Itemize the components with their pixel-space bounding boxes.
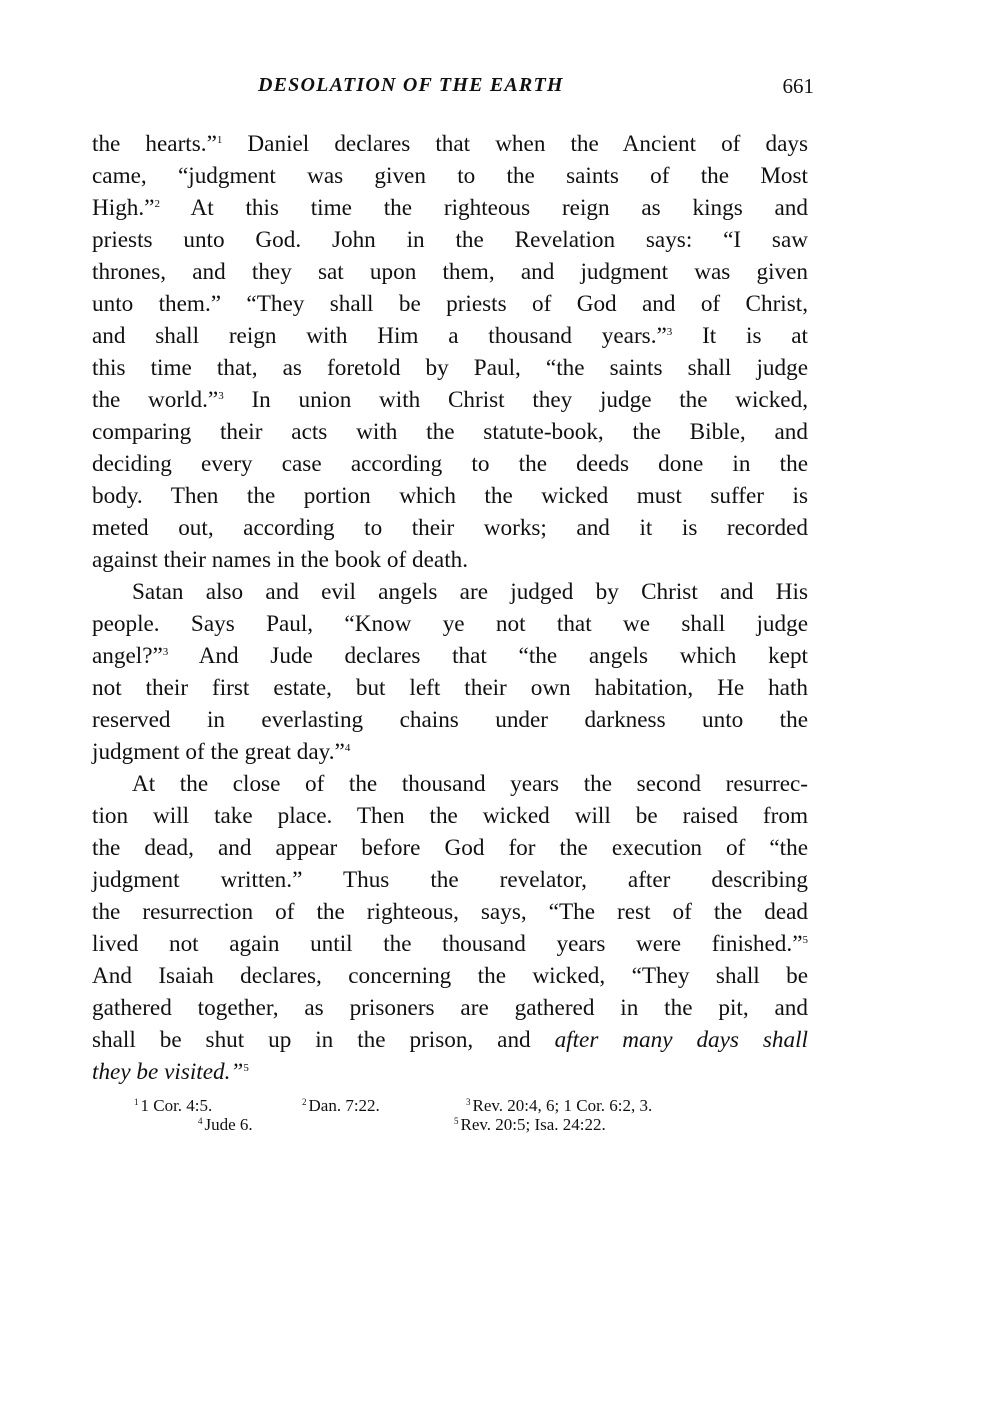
footnote-5: 5Rev. 20:5; Isa. 24:22.: [454, 1115, 606, 1134]
text-line: angel?”3 And Jude declares that “the ang…: [92, 640, 808, 672]
text-line: and shall reign with Him a thousand year…: [92, 320, 808, 352]
text-line: And Isaiah declares, concerning the wick…: [92, 960, 808, 992]
text-line: judgment written.” Thus the revelator, a…: [92, 864, 808, 896]
text-line: Satan also and evil angels are judged by…: [92, 576, 808, 608]
text-line: gathered together, as prisoners are gath…: [92, 992, 808, 1024]
body-text: the hearts.”1 Daniel declares that when …: [92, 128, 808, 1088]
text-line: meted out, according to their works; and…: [92, 512, 808, 544]
text-line: this time that, as foretold by Paul, “th…: [92, 352, 808, 384]
text-line: tion will take place. Then the wicked wi…: [92, 800, 808, 832]
page-number: 661: [783, 74, 815, 99]
paragraph-1: the hearts.”1 Daniel declares that when …: [92, 128, 808, 576]
text-line: the resurrection of the righteous, says,…: [92, 896, 808, 928]
text-line: priests unto God. John in the Revelation…: [92, 224, 808, 256]
text-line: shall be shut up in the prison, and afte…: [92, 1024, 808, 1056]
footnotes: 11 Cor. 4:5. 2Dan. 7:22. 3Rev. 20:4, 6; …: [134, 1096, 774, 1134]
text-line: the world.”3 In union with Christ they j…: [92, 384, 808, 416]
text-line: At the close of the thousand years the s…: [92, 768, 808, 800]
text-line: against their names in the book of death…: [92, 544, 808, 576]
text-line: they be visited.”5: [92, 1056, 808, 1088]
text-line: thrones, and they sat upon them, and jud…: [92, 256, 808, 288]
footnote-4: 4Jude 6.: [198, 1115, 253, 1134]
text-line: the dead, and appear before God for the …: [92, 832, 808, 864]
footnote-3: 3Rev. 20:4, 6; 1 Cor. 6:2, 3.: [466, 1096, 652, 1115]
text-line: reserved in everlasting chains under dar…: [92, 704, 808, 736]
text-line: came, “judgment was given to the saints …: [92, 160, 808, 192]
text-line: judgment of the great day.”4: [92, 736, 808, 768]
running-title: DESOLATION OF THE EARTH: [258, 74, 564, 97]
text-line: not their first estate, but left their o…: [92, 672, 808, 704]
text-line: High.”2 At this time the righteous reign…: [92, 192, 808, 224]
footnote-2: 2Dan. 7:22.: [302, 1096, 380, 1115]
text-line: people. Says Paul, “Know ye not that we …: [92, 608, 808, 640]
text-line: lived not again until the thousand years…: [92, 928, 808, 960]
page-header: DESOLATION OF THE EARTH 661: [258, 74, 814, 108]
text-line: deciding every case according to the dee…: [92, 448, 808, 480]
text-line: the hearts.”1 Daniel declares that when …: [92, 128, 808, 160]
paragraph-2: Satan also and evil angels are judged by…: [92, 576, 808, 768]
text-line: comparing their acts with the statute-bo…: [92, 416, 808, 448]
text-line: body. Then the portion which the wicked …: [92, 480, 808, 512]
text-line: unto them.” “They shall be priests of Go…: [92, 288, 808, 320]
footnote-1: 11 Cor. 4:5.: [134, 1096, 212, 1115]
paragraph-3: At the close of the thousand years the s…: [92, 768, 808, 1088]
